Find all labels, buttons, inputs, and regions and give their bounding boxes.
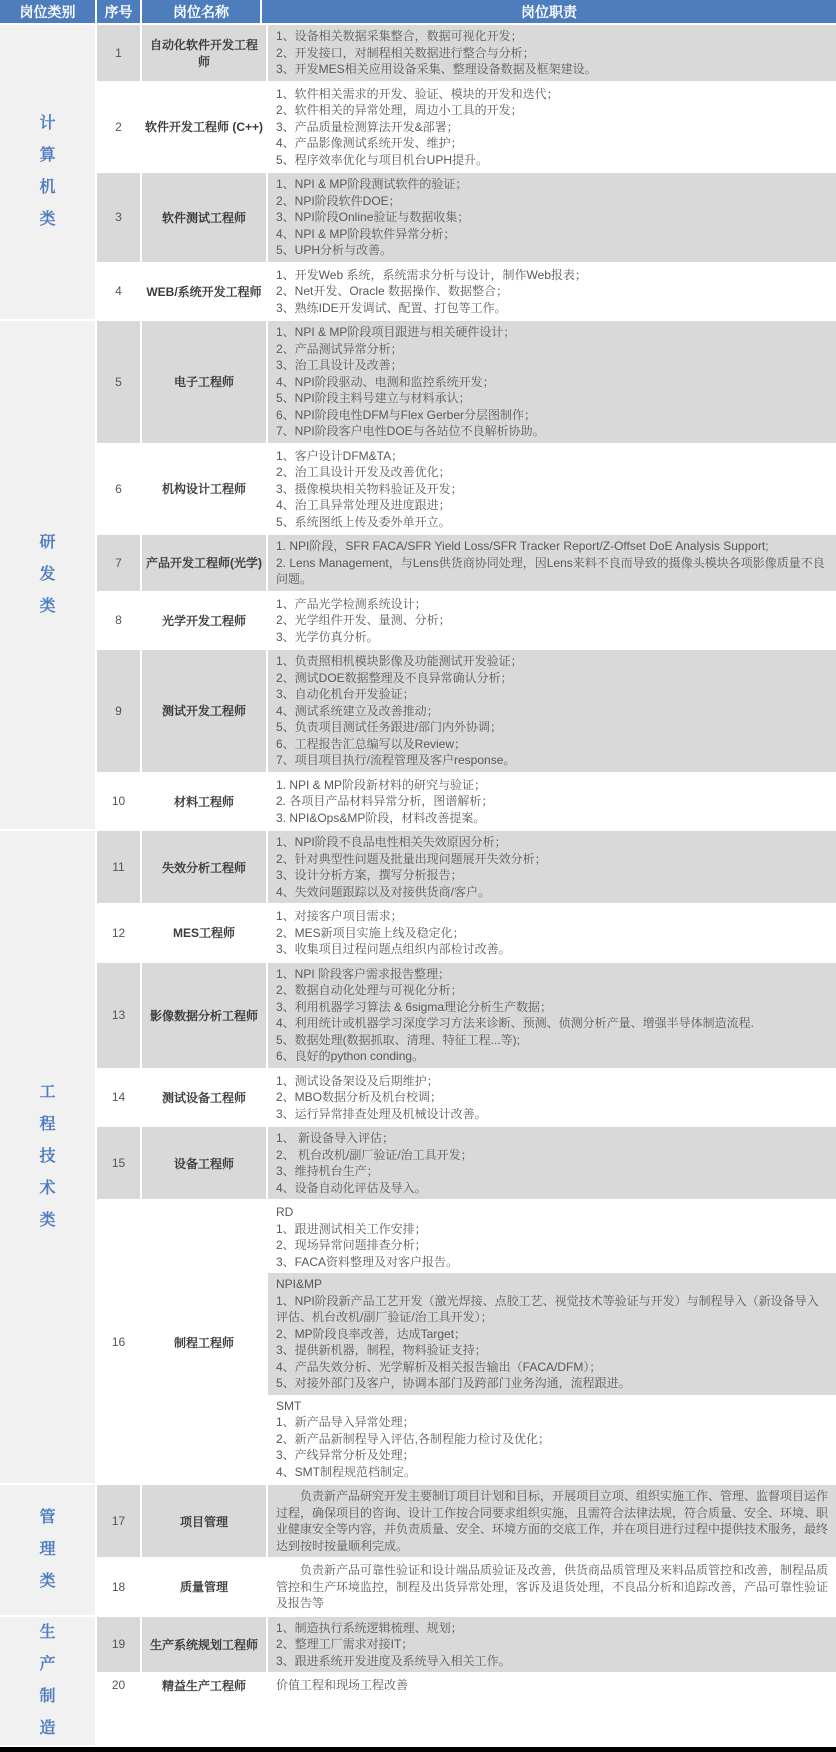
position-name: 精益生产工程师 (142, 1674, 266, 1697)
duty-line: 2、光学组件开发、量测、分析； (276, 612, 828, 629)
duty-line: 4、失效问题跟踪以及对接供货商/客户。 (276, 884, 828, 901)
row-number: 13 (97, 963, 140, 1068)
duty-line: 2、 机台改机/副厂验证/治工具开发； (276, 1147, 828, 1164)
duties-cell: RD 1、跟进测试相关工作安排； 2、现场异常问题排查分析； 3、FACA资料整… (268, 1201, 836, 1483)
row-number: 14 (97, 1070, 140, 1126)
category-cell: 计算机类 (0, 25, 95, 319)
category-label: 管理类 (38, 1502, 56, 1598)
duty-line: 1、客户设计DFM&TA； (276, 448, 828, 465)
duty-line: 3、设计分析方案，撰写分析报告； (276, 867, 828, 884)
duty-line: 1、NPI & MP阶段项目跟进与相关硬件设计； (276, 324, 828, 341)
category-cell: 工程技术类 (0, 831, 95, 1483)
duty-line: 2. Lens Management，与Lens供货商协同处理，因Lens来料不… (276, 555, 828, 588)
position-name: 项目管理 (142, 1485, 266, 1557)
duty-line: 3、产品质量检测算法开发&部署； (276, 119, 828, 136)
duty-line: 3、收集项目过程问题点组织内部检讨改善。 (276, 941, 828, 958)
duty-segment-title: NPI&MP (276, 1276, 828, 1293)
header-category: 岗位类别 (0, 0, 95, 23)
duty-line: 4、治工具异常处理及进度跟进； (276, 497, 828, 514)
table-row: 13 影像数据分析工程师 1、NPI 阶段客户需求报告整理； 2、数据自动化处理… (97, 963, 836, 1068)
duty-line: 6、NPI阶段电性DFM与Flex Gerber分层图制作； (276, 407, 828, 424)
duty-segment-title: RD (276, 1204, 828, 1221)
duty-line: 3、FACA资料整理及对客户报告。 (276, 1254, 828, 1271)
row-number: 11 (97, 831, 140, 903)
duty-line: 3、提供新机器，制程，物料验证支持； (276, 1342, 828, 1359)
duties-cell: 价值工程和现场工程改善 (268, 1674, 836, 1697)
duties-cell: 1、 新设备导入评估； 2、 机台改机/副厂验证/治工具开发； 3、维持机台生产… (268, 1127, 836, 1199)
duty-line: 5、数据处理(数据抓取、清理、特征工程...等); (276, 1032, 828, 1049)
row-number: 6 (97, 445, 140, 534)
duty-line: 1、负责照相机模块影像及功能测试开发验证； (276, 653, 828, 670)
position-name: 材料工程师 (142, 774, 266, 830)
duty-line: 4、产品影像测试系统开发、维护； (276, 135, 828, 152)
duty-line: 2、开发接口，对制程相关数据进行整合与分析； (276, 45, 828, 62)
duty-line: 1、跟进测试相关工作安排； (276, 1221, 828, 1238)
duty-line: 5、NPI阶段主料号建立与材料承认； (276, 390, 828, 407)
duty-line: 1、NPI & MP阶段测试软件的验证； (276, 176, 828, 193)
position-name: 测试设备工程师 (142, 1070, 266, 1126)
position-name: WEB/系统开发工程师 (142, 264, 266, 320)
position-name: 影像数据分析工程师 (142, 963, 266, 1068)
duty-line: 1、对接客户项目需求； (276, 908, 828, 925)
duty-line: 3、自动化机台开发验证； (276, 686, 828, 703)
duties-cell: 1. NPI阶段，SFR FACA/SFR Yield Loss/SFR Tra… (268, 535, 836, 591)
duty-line: 3、NPI阶段Online验证与数据收集； (276, 209, 828, 226)
table-row: 10 材料工程师 1. NPI & MP阶段新材料的研究与验证； 2. 各项目产… (97, 774, 836, 830)
duty-line: 5、负责项目测试任务跟进/部门内外协调； (276, 719, 828, 736)
table-row: 19 生产系统规划工程师 1、制造执行系统逻辑梳理、规划； 2、整理工厂需求对接… (97, 1617, 836, 1673)
duty-segment-rd: RD 1、跟进测试相关工作安排； 2、现场异常问题排查分析； 3、FACA资料整… (268, 1201, 836, 1273)
position-name: 失效分析工程师 (142, 831, 266, 903)
duties-cell: 1、开发Web 系统，系统需求分析与设计，制作Web报表； 2、Net开发、Or… (268, 264, 836, 320)
duty-line: 3. NPI&Ops&MP阶段，材料改善提案。 (276, 810, 828, 827)
duty-line: 2、数据自动化处理与可视化分析； (276, 982, 828, 999)
duty-line: 2、MBO数据分析及机台校调； (276, 1089, 828, 1106)
table-row: 15 设备工程师 1、 新设备导入评估； 2、 机台改机/副厂验证/治工具开发；… (97, 1127, 836, 1199)
table-row: 7 产品开发工程师(光学) 1. NPI阶段，SFR FACA/SFR Yiel… (97, 535, 836, 591)
position-name: 测试开发工程师 (142, 650, 266, 772)
duty-line: 2、现场异常问题排查分析； (276, 1237, 828, 1254)
duty-line: 2、治工具设计开发及改善优化； (276, 464, 828, 481)
row-number: 7 (97, 535, 140, 591)
duty-line: 价值工程和现场工程改善 (276, 1677, 828, 1694)
duty-line: 3、产线异常分析及处理； (276, 1447, 828, 1464)
duty-line: 4、NPI & MP阶段软件异常分析； (276, 226, 828, 243)
position-name: 光学开发工程师 (142, 593, 266, 649)
table-row: 20 精益生产工程师 价值工程和现场工程改善 (97, 1674, 836, 1697)
duty-line: 5、程序效率优化与项目机台UPH提升。 (276, 152, 828, 169)
row-number: 19 (97, 1617, 140, 1673)
duties-cell: 1、对接客户项目需求； 2、MES新项目实施上线及稳定化； 3、收集项目过程问题… (268, 905, 836, 961)
table-row: 11 失效分析工程师 1、NPI阶段不良品电性相关失效原因分析； 2、针对典型性… (97, 831, 836, 903)
duty-paragraph: 负责新产品可靠性验证和设计端品质验证及改善，供货商品质管理及来料品质管控和改善，… (276, 1562, 828, 1612)
duty-line: 5、对接外部门及客户，协调本部门及跨部门业务沟通，流程跟进。 (276, 1375, 828, 1392)
category-section-production: 生产制造 19 生产系统规划工程师 1、制造执行系统逻辑梳理、规划； 2、整理工… (0, 1617, 836, 1745)
row-number: 17 (97, 1485, 140, 1557)
duties-cell: 1、NPI 阶段客户需求报告整理； 2、数据自动化处理与可视化分析； 3、利用机… (268, 963, 836, 1068)
duty-line: 1、新产品导入异常处理； (276, 1414, 828, 1431)
table-row: 18 质量管理 负责新产品可靠性验证和设计端品质验证及改善，供货商品质管理及来料… (97, 1559, 836, 1615)
duty-line: 4、测试系统建立及改善推动； (276, 703, 828, 720)
duty-line: 2、MP阶段良率改善，达成Target； (276, 1326, 828, 1343)
table-row: 6 机构设计工程师 1、客户设计DFM&TA； 2、治工具设计开发及改善优化； … (97, 445, 836, 534)
table-row: 14 测试设备工程师 1、测试设备架设及后期维护； 2、MBO数据分析及机台校调… (97, 1070, 836, 1126)
position-name: 机构设计工程师 (142, 445, 266, 534)
duties-cell: 负责新产品可靠性验证和设计端品质验证及改善，供货商品质管理及来料品质管控和改善，… (268, 1559, 836, 1615)
duty-line: 1. NPI & MP阶段新材料的研究与验证； (276, 777, 828, 794)
duty-line: 7、NPI阶段客户电性DOE与各站位不良解析协助。 (276, 423, 828, 440)
duty-line: 1、测试设备架设及后期维护； (276, 1073, 828, 1090)
row-number: 5 (97, 321, 140, 443)
duty-line: 1、NPI阶段新产品工艺开发（激光焊接、点胶工艺、视觉技术等验证与开发）与制程导… (276, 1293, 828, 1326)
table-row: 4 WEB/系统开发工程师 1、开发Web 系统，系统需求分析与设计，制作Web… (97, 264, 836, 320)
duty-line: 4、设备自动化评估及导入。 (276, 1180, 828, 1197)
header-duties: 岗位职责 (262, 0, 836, 23)
table-row: 17 项目管理 负责新产品研究开发主要制订项目计划和目标，开展项目立项、组织实施… (97, 1485, 836, 1557)
category-label: 计算机类 (38, 108, 56, 236)
duty-line: 4、利用统计或机器学习深度学习方法来诊断、预测、侦测分析产量、增强半导体制造流程… (276, 1015, 828, 1032)
duty-line: 1、NPI 阶段客户需求报告整理； (276, 966, 828, 983)
category-section-rnd: 研发类 5 电子工程师 1、NPI & MP阶段项目跟进与相关硬件设计； 2、产… (0, 321, 836, 829)
category-section-engineering: 工程技术类 11 失效分析工程师 1、NPI阶段不良品电性相关失效原因分析； 2… (0, 831, 836, 1483)
row-number: 1 (97, 25, 140, 81)
row-number: 3 (97, 173, 140, 262)
duties-cell: 1、测试设备架设及后期维护； 2、MBO数据分析及机台校调； 3、运行异常排查处… (268, 1070, 836, 1126)
row-number: 9 (97, 650, 140, 772)
duty-line: 4、产品失效分析、光学解析及相关报告输出（FACA/DFM）； (276, 1359, 828, 1376)
header-number: 序号 (97, 0, 140, 23)
duty-line: 1、 新设备导入评估； (276, 1130, 828, 1147)
duty-paragraph: 负责新产品研究开发主要制订项目计划和目标，开展项目立项、组织实施工作、管理、监督… (276, 1488, 828, 1554)
row-number: 10 (97, 774, 140, 830)
duty-line: 4、SMT制程规范档制定。 (276, 1464, 828, 1481)
category-cell: 管理类 (0, 1485, 95, 1615)
position-name: 设备工程师 (142, 1127, 266, 1199)
job-positions-table: 岗位类别 序号 岗位名称 岗位职责 计算机类 1 自动化软件开发工程师 1、设备… (0, 0, 836, 1752)
position-name: 电子工程师 (142, 321, 266, 443)
row-number: 4 (97, 264, 140, 320)
table-row: 1 自动化软件开发工程师 1、设备相关数据采集整合，数据可视化开发； 2、开发接… (97, 25, 836, 81)
table-row: 2 软件开发工程师 (C++) 1、软件相关需求的开发、验证、模块的开发和迭代；… (97, 83, 836, 172)
duty-line: 7、项目项目执行/流程管理及客户response。 (276, 752, 828, 769)
duties-cell: 1. NPI & MP阶段新材料的研究与验证； 2. 各项目产品材料异常分析，图… (268, 774, 836, 830)
position-name: 质量管理 (142, 1559, 266, 1615)
duties-cell: 1、负责照相机模块影像及功能测试开发验证； 2、测试DOE数据整理及不良异常确认… (268, 650, 836, 772)
duty-line: 2、软件相关的异常处理，周边小工具的开发； (276, 102, 828, 119)
position-name: 软件开发工程师 (C++) (142, 83, 266, 172)
duty-line: 6、工程报告汇总编写以及Review； (276, 736, 828, 753)
table-row: 12 MES工程师 1、对接客户项目需求； 2、MES新项目实施上线及稳定化； … (97, 905, 836, 961)
position-name: MES工程师 (142, 905, 266, 961)
duty-line: 2、整理工厂需求对接IT； (276, 1636, 828, 1653)
duty-segment-npimp: NPI&MP 1、NPI阶段新产品工艺开发（激光焊接、点胶工艺、视觉技术等验证与… (268, 1273, 836, 1395)
position-name: 产品开发工程师(光学) (142, 535, 266, 591)
header-position-name: 岗位名称 (142, 0, 260, 23)
duty-line: 2. 各项目产品材料异常分析，图谱解析； (276, 793, 828, 810)
duties-cell: 1、NPI & MP阶段测试软件的验证； 2、NPI阶段软件DOE； 3、NPI… (268, 173, 836, 262)
duty-line: 1、NPI阶段不良品电性相关失效原因分析； (276, 834, 828, 851)
duties-cell: 1、NPI阶段不良品电性相关失效原因分析； 2、针对典型性问题及批量出现问题展开… (268, 831, 836, 903)
duties-cell: 1、设备相关数据采集整合，数据可视化开发； 2、开发接口，对制程相关数据进行整合… (268, 25, 836, 81)
table-row: 9 测试开发工程师 1、负责照相机模块影像及功能测试开发验证； 2、测试DOE数… (97, 650, 836, 772)
duty-line: 2、针对典型性问题及批量出现问题展开失效分析； (276, 851, 828, 868)
duty-segment-title: SMT (276, 1398, 828, 1415)
duties-cell: 负责新产品研究开发主要制订项目计划和目标，开展项目立项、组织实施工作、管理、监督… (268, 1485, 836, 1557)
duty-line: 3、跟进系统开发进度及系统导入相关工作。 (276, 1653, 828, 1670)
position-name: 软件测试工程师 (142, 173, 266, 262)
duty-line: 1. NPI阶段，SFR FACA/SFR Yield Loss/SFR Tra… (276, 538, 828, 555)
duties-cell: 1、客户设计DFM&TA； 2、治工具设计开发及改善优化； 3、摄像模块相关物料… (268, 445, 836, 534)
table-row: 5 电子工程师 1、NPI & MP阶段项目跟进与相关硬件设计； 2、产品测试异… (97, 321, 836, 443)
duty-line: 6、良好的python conding。 (276, 1048, 828, 1065)
category-section-management: 管理类 17 项目管理 负责新产品研究开发主要制订项目计划和目标，开展项目立项、… (0, 1485, 836, 1615)
duty-line: 2、新产品新制程导入评估,各制程能力检讨及优化； (276, 1431, 828, 1448)
duties-cell: 1、NPI & MP阶段项目跟进与相关硬件设计； 2、产品测试异常分析； 3、治… (268, 321, 836, 443)
duty-line: 3、利用机器学习算法 & 6sigma理论分析生产数据； (276, 999, 828, 1016)
row-number: 12 (97, 905, 140, 961)
duties-cell: 1、制造执行系统逻辑梳理、规划； 2、整理工厂需求对接IT； 3、跟进系统开发进… (268, 1617, 836, 1673)
category-cell: 生产制造 (0, 1617, 95, 1745)
category-section-computer: 计算机类 1 自动化软件开发工程师 1、设备相关数据采集整合，数据可视化开发； … (0, 25, 836, 319)
duty-line: 3、开发MES相关应用设备采集、整理设备数据及框架建设。 (276, 61, 828, 78)
duty-line: 2、MES新项目实施上线及稳定化； (276, 925, 828, 942)
row-number: 16 (97, 1201, 140, 1483)
duty-line: 3、熟练IDE开发调试、配置、打包等工作。 (276, 300, 828, 317)
position-name: 生产系统规划工程师 (142, 1617, 266, 1673)
row-number: 2 (97, 83, 140, 172)
bottom-border-bar (0, 1747, 836, 1752)
table-row: 16 制程工程师 RD 1、跟进测试相关工作安排； 2、现场异常问题排查分析； … (97, 1201, 836, 1483)
duty-line: 3、摄像模块相关物料验证及开发； (276, 481, 828, 498)
duty-line: 2、测试DOE数据整理及不良异常确认分析； (276, 670, 828, 687)
duties-cell: 1、软件相关需求的开发、验证、模块的开发和迭代； 2、软件相关的异常处理，周边小… (268, 83, 836, 172)
duty-line: 3、维持机台生产； (276, 1163, 828, 1180)
duty-line: 1、设备相关数据采集整合，数据可视化开发； (276, 28, 828, 45)
duty-line: 1、产品光学检测系统设计； (276, 596, 828, 613)
table-header-row: 岗位类别 序号 岗位名称 岗位职责 (0, 0, 836, 23)
duty-segment-smt: SMT 1、新产品导入异常处理； 2、新产品新制程导入评估,各制程能力检讨及优化… (268, 1395, 836, 1484)
duties-cell: 1、产品光学检测系统设计； 2、光学组件开发、量测、分析； 3、光学仿真分析。 (268, 593, 836, 649)
category-label: 工程技术类 (38, 1077, 56, 1237)
row-number: 18 (97, 1559, 140, 1615)
duty-line: 3、运行异常排查处理及机械设计改善。 (276, 1106, 828, 1123)
duty-line: 4、NPI阶段驱动、电测和监控系统开发； (276, 374, 828, 391)
duty-line: 2、产品测试异常分析； (276, 341, 828, 358)
position-name: 制程工程师 (142, 1201, 266, 1483)
duty-line: 3、治工具设计及改善； (276, 357, 828, 374)
duty-line: 2、NPI阶段软件DOE； (276, 193, 828, 210)
row-number: 15 (97, 1127, 140, 1199)
table-row: 3 软件测试工程师 1、NPI & MP阶段测试软件的验证； 2、NPI阶段软件… (97, 173, 836, 262)
table-row: 8 光学开发工程师 1、产品光学检测系统设计； 2、光学组件开发、量测、分析； … (97, 593, 836, 649)
duty-line: 3、光学仿真分析。 (276, 629, 828, 646)
category-label: 生产制造 (38, 1617, 56, 1745)
duty-line: 5、系统图纸上传及委外单开立。 (276, 514, 828, 531)
duty-line: 5、UPH分析与改善。 (276, 242, 828, 259)
duty-line: 2、Net开发、Oracle 数据操作、数据整合； (276, 283, 828, 300)
position-name: 自动化软件开发工程师 (142, 25, 266, 81)
duty-line: 1、开发Web 系统，系统需求分析与设计，制作Web报表； (276, 267, 828, 284)
duty-line: 1、制造执行系统逻辑梳理、规划； (276, 1620, 828, 1637)
category-cell: 研发类 (0, 321, 95, 829)
row-number: 20 (97, 1674, 140, 1697)
duty-line: 1、软件相关需求的开发、验证、模块的开发和迭代； (276, 86, 828, 103)
row-number: 8 (97, 593, 140, 649)
category-label: 研发类 (38, 527, 56, 623)
